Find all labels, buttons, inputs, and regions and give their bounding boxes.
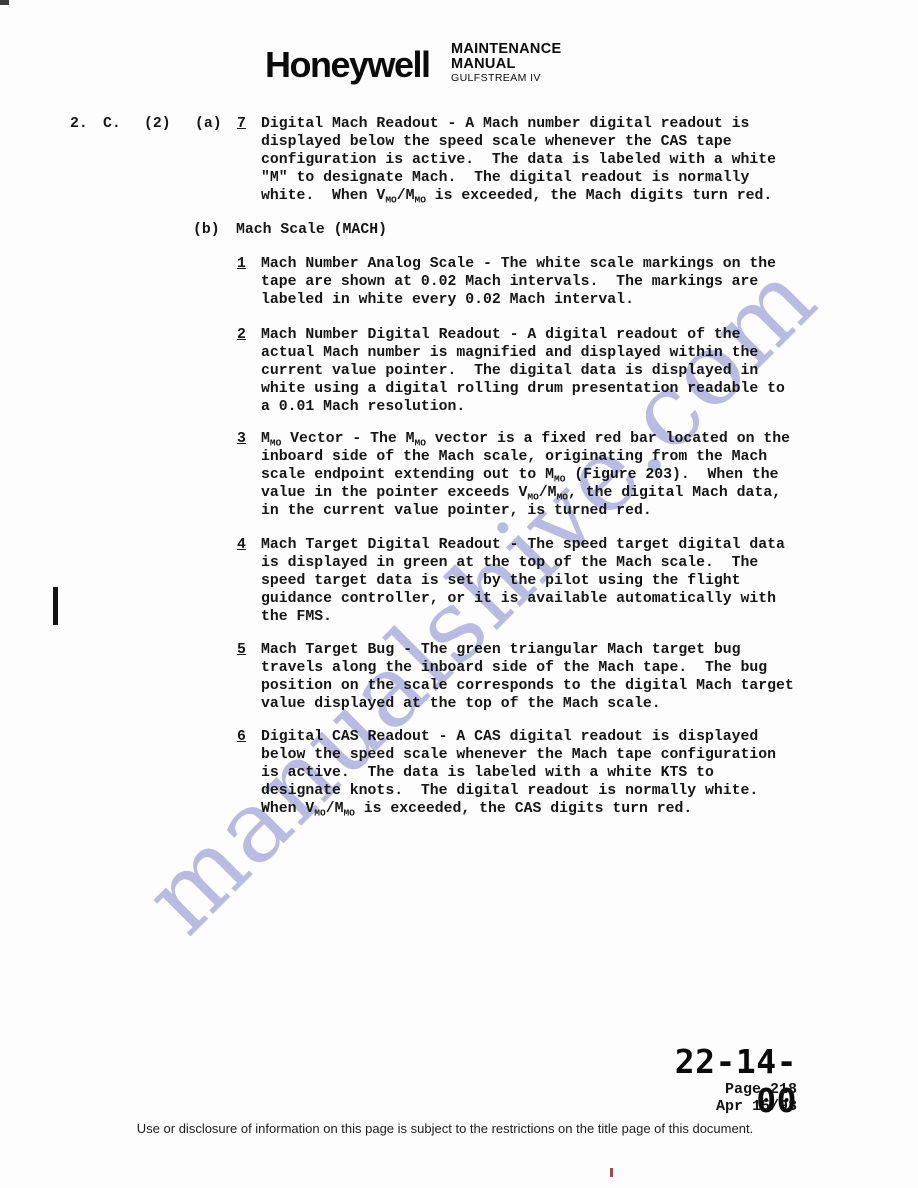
text-line: labeled in white every 0.02 Mach interva… — [261, 291, 776, 309]
restriction-notice: Use or disclosure of information on this… — [0, 1121, 890, 1136]
text-line: Mach Target Digital Readout - The speed … — [261, 536, 785, 554]
page-number: Page 218 — [641, 1081, 797, 1098]
text-line: When VMO/MMO is exceeded, the CAS digits… — [261, 800, 776, 818]
text-line: actual Mach number is magnified and disp… — [261, 344, 785, 362]
item-number: 4 — [237, 536, 246, 554]
text-line: inboard side of the Mach scale, originat… — [261, 448, 790, 466]
text-line: "M" to designate Mach. The digital reado… — [261, 169, 776, 187]
revision-date: Apr 15/93 — [641, 1098, 797, 1115]
scan-artifact-red-tick — [610, 1168, 613, 1177]
text-line: designate knots. The digital readout is … — [261, 782, 776, 800]
item-number-7: 7 — [237, 115, 246, 133]
sub-item-text: MMO Vector - The MMO vector is a fixed r… — [261, 430, 790, 520]
text-line: tape are shown at 0.02 Mach intervals. T… — [261, 273, 776, 291]
level-label-b: (b) — [193, 221, 220, 239]
manual-title-block: MAINTENANCE MANUAL GULFSTREAM IV — [451, 42, 561, 84]
sub-item-text: Mach Number Analog Scale - The white sca… — [261, 255, 776, 309]
text-line: travels along the inboard side of the Ma… — [261, 659, 794, 677]
text-line: a 0.01 Mach resolution. — [261, 398, 785, 416]
revision-change-bar — [53, 587, 58, 625]
text-line: current value pointer. The digital data … — [261, 362, 785, 380]
sub-item-text: Mach Number Digital Readout - A digital … — [261, 326, 785, 416]
text-line: Mach Target Bug - The green triangular M… — [261, 641, 794, 659]
text-line: value in the pointer exceeds VMO/MMO, th… — [261, 484, 790, 502]
text-line: is active. The data is labeled with a wh… — [261, 764, 776, 782]
item-number: 1 — [237, 255, 246, 273]
text-line: configuration is active. The data is lab… — [261, 151, 776, 169]
document-page: manualshive.com Honeywell MAINTENANCE MA… — [0, 0, 918, 1188]
sub-item-text: Digital CAS Readout - A CAS digital read… — [261, 728, 776, 818]
manual-subtitle: GULFSTREAM IV — [451, 72, 561, 84]
text-line: Digital Mach Readout - A Mach number dig… — [261, 115, 776, 133]
text-line: position on the scale corresponds to the… — [261, 677, 794, 695]
text-line: white. When VMO/MMO is exceeded, the Mac… — [261, 187, 776, 205]
text-line: below the speed scale whenever the Mach … — [261, 746, 776, 764]
text-line: in the current value pointer, is turned … — [261, 502, 790, 520]
text-line: value displayed at the top of the Mach s… — [261, 695, 794, 713]
manual-title-line-1: MAINTENANCE — [451, 42, 561, 57]
paragraph-b-title: Mach Scale (MACH) — [236, 221, 387, 239]
text-line: scale endpoint extending out to MMO (Fig… — [261, 466, 790, 484]
level-label-a: (a) — [195, 115, 222, 133]
text-line: Digital CAS Readout - A CAS digital read… — [261, 728, 776, 746]
sub-item-text: Mach Target Digital Readout - The speed … — [261, 536, 785, 626]
level-label-c: C. — [103, 115, 121, 133]
text-line: displayed below the speed scale whenever… — [261, 133, 776, 151]
item-number: 3 — [237, 430, 246, 448]
level-label-2: 2. — [70, 115, 88, 133]
text-line: MMO Vector - The MMO vector is a fixed r… — [261, 430, 790, 448]
text-line: is displayed in green at the top of the … — [261, 554, 785, 572]
item-number: 6 — [237, 728, 246, 746]
text-line: Mach Number Digital Readout - A digital … — [261, 326, 785, 344]
text-line: speed target data is set by the pilot us… — [261, 572, 785, 590]
text-line: the FMS. — [261, 608, 785, 626]
text-line: guidance controller, or it is available … — [261, 590, 785, 608]
honeywell-logo: Honeywell — [265, 44, 430, 86]
text-line: Mach Number Analog Scale - The white sca… — [261, 255, 776, 273]
scan-artifact-corner — [0, 0, 9, 5]
paragraph-a-text: Digital Mach Readout - A Mach number dig… — [261, 115, 776, 205]
item-number: 2 — [237, 326, 246, 344]
manual-title-line-2: MANUAL — [451, 57, 561, 72]
sub-item-text: Mach Target Bug - The green triangular M… — [261, 641, 794, 713]
page-body: 2. C. (2) (a) 7 Digital Mach Readout - A… — [0, 0, 918, 1188]
text-line: white using a digital rolling drum prese… — [261, 380, 785, 398]
level-label-2p: (2) — [144, 115, 171, 133]
item-number: 5 — [237, 641, 246, 659]
